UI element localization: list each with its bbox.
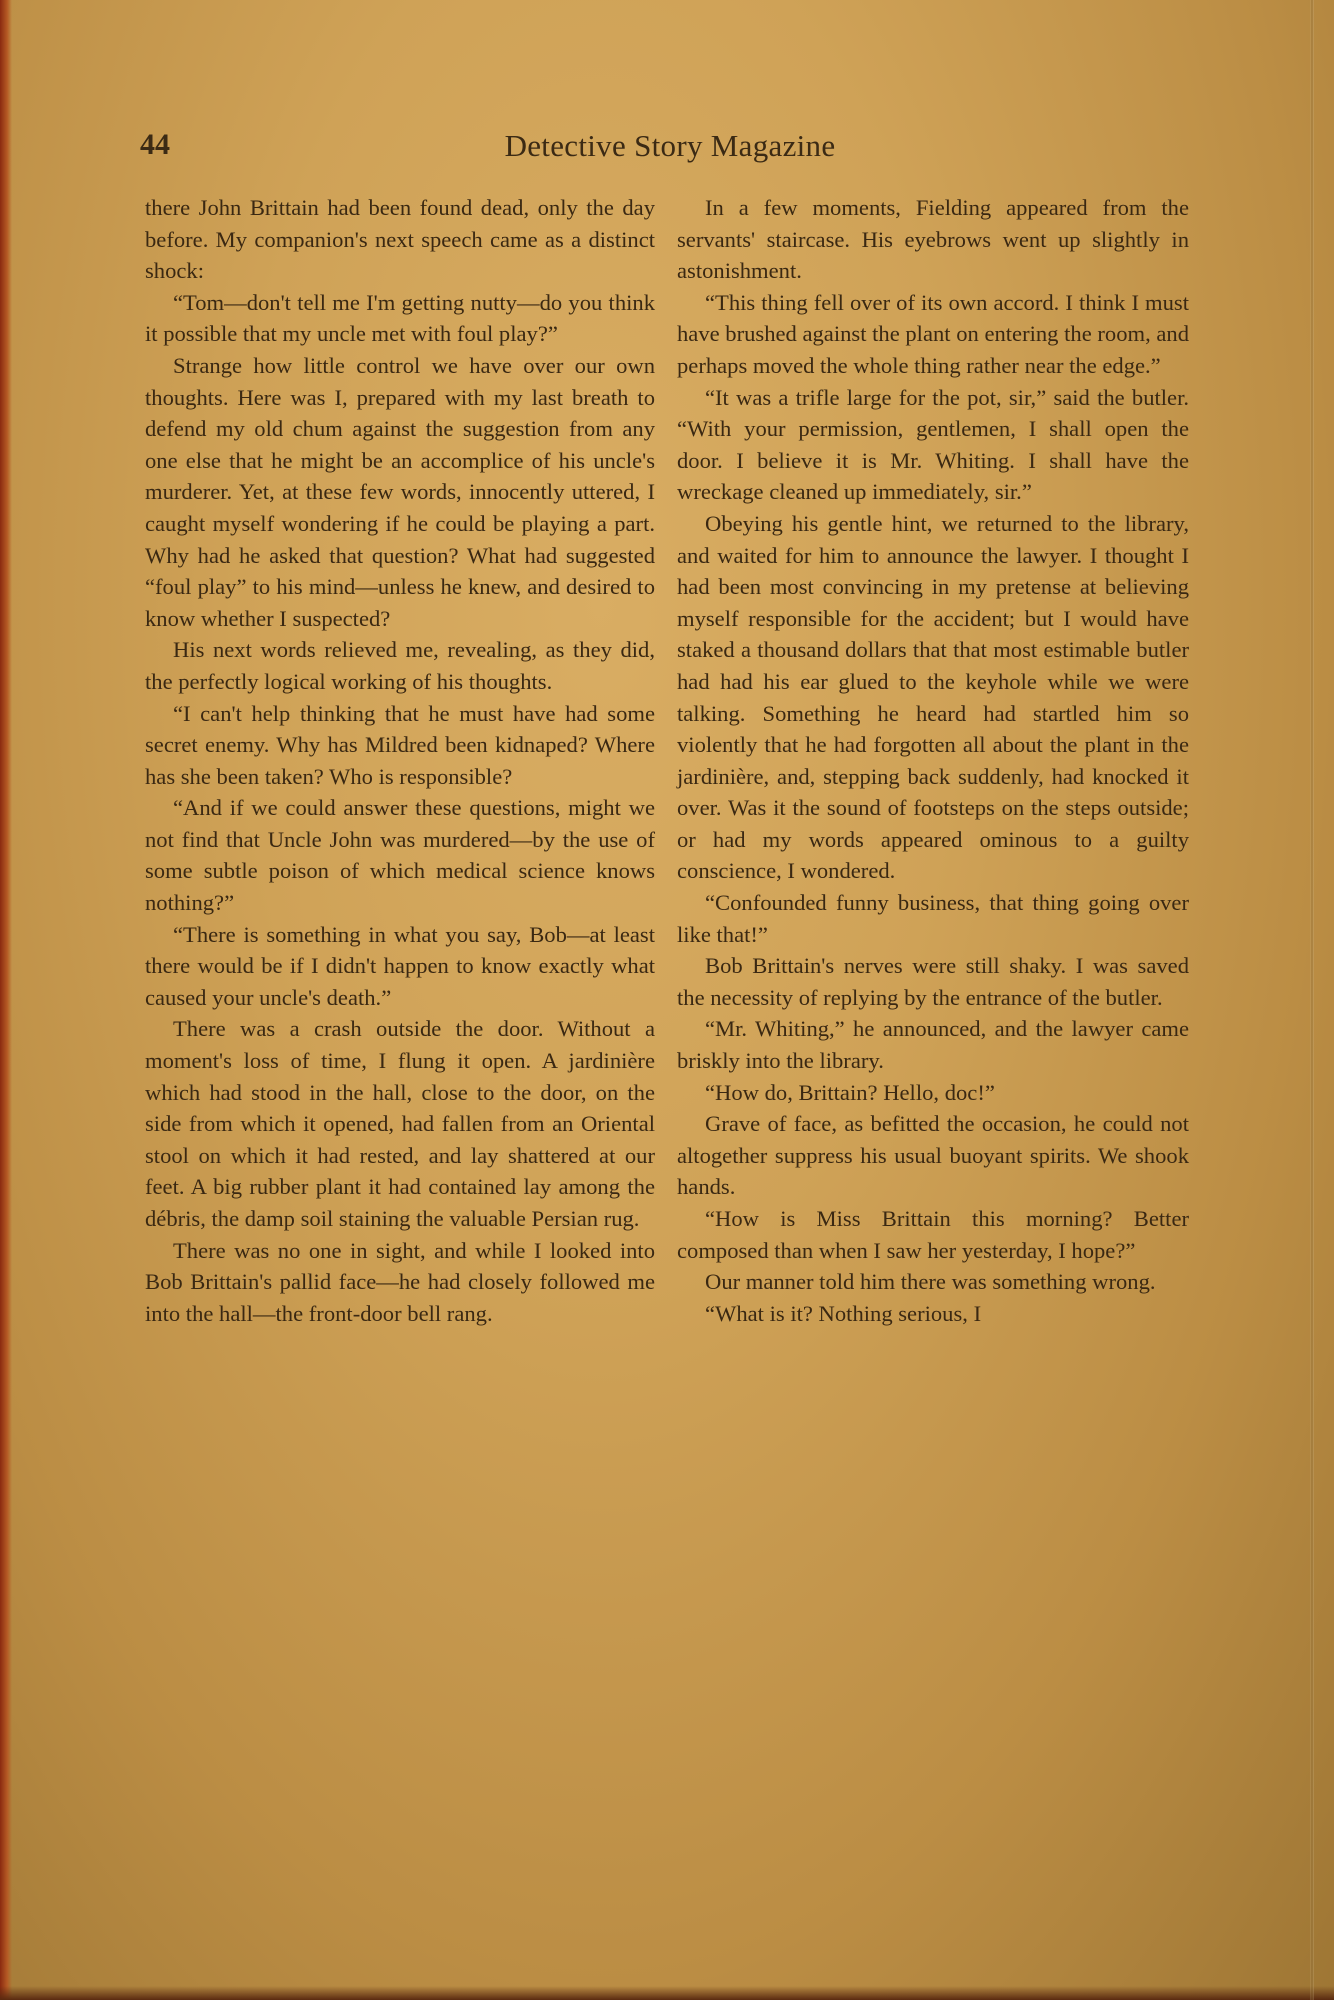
- paragraph: “This thing fell over of its own accord.…: [677, 287, 1189, 382]
- magazine-page: 44 Detective Story Magazine there John B…: [0, 0, 1334, 2000]
- paragraph: His next words relieved me, revealing, a…: [145, 634, 655, 697]
- paragraph: “Confounded funny business, that thing g…: [677, 887, 1189, 950]
- paragraph: There was no one in sight, and while I l…: [145, 1235, 655, 1330]
- page-bottom-edge: [0, 1986, 1334, 2000]
- running-head: 44 Detective Story Magazine: [140, 128, 1200, 168]
- paragraph: “Mr. Whiting,” he announced, and the law…: [677, 1013, 1189, 1076]
- paragraph: Bob Brittain's nerves were still shaky. …: [677, 950, 1189, 1013]
- paragraph: “What is it? Nothing serious, I: [677, 1298, 1189, 1330]
- paragraph: “There is something in what you say, Bob…: [145, 919, 655, 1014]
- paragraph: “How do, Brittain? Hello, doc!”: [677, 1077, 1189, 1109]
- paragraph: Obeying his gentle hint, we returned to …: [677, 508, 1189, 887]
- paragraph: there John Brittain had been found dead,…: [145, 192, 655, 287]
- paragraph: “Tom—don't tell me I'm getting nutty—do …: [145, 287, 655, 350]
- text-column-left: there John Brittain had been found dead,…: [145, 192, 655, 1329]
- paragraph: “And if we could answer these questions,…: [145, 792, 655, 918]
- paragraph: Our manner told him there was something …: [677, 1266, 1189, 1298]
- magazine-title: Detective Story Magazine: [140, 128, 1200, 164]
- text-column-right: In a few moments, Fielding appeared from…: [677, 192, 1189, 1329]
- paragraph: There was a crash outside the door. With…: [145, 1013, 655, 1234]
- paragraph: “It was a trifle large for the pot, sir,…: [677, 382, 1189, 508]
- paragraph: In a few moments, Fielding appeared from…: [677, 192, 1189, 287]
- paragraph: Strange how little control we have over …: [145, 350, 655, 634]
- paragraph: “How is Miss Brittain this morning? Bett…: [677, 1203, 1189, 1266]
- paragraph: “I can't help thinking that he must have…: [145, 698, 655, 793]
- paragraph: Grave of face, as befitted the occasion,…: [677, 1108, 1189, 1203]
